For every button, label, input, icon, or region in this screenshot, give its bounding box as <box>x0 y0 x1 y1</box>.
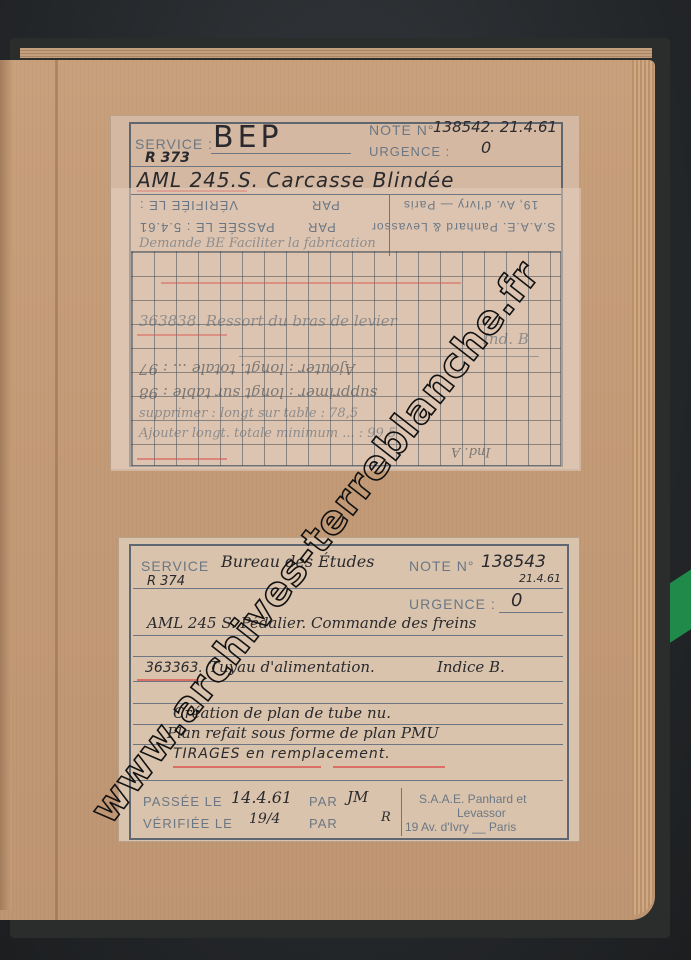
mirrored-verifiee-label: VÉRIFIÉE LE : <box>139 198 238 213</box>
urgence-label: URGENCE : <box>369 144 450 159</box>
fold-line <box>55 60 58 920</box>
reference-number: R 374 <box>147 574 185 589</box>
spine-fold <box>0 60 12 910</box>
par-signature-2: R <box>381 810 391 825</box>
passee-label: PASSÉE LE <box>143 794 223 809</box>
page-stack-edge <box>20 48 652 58</box>
par-label-2: PAR <box>309 816 338 831</box>
urgence-value: 0 <box>481 138 491 157</box>
note-body-line: TIRAGES en remplacement. <box>173 746 391 762</box>
ghost-line: 363838. Ressort du bras de levier <box>139 312 397 330</box>
company-name-2: Levassor <box>457 806 506 820</box>
verifiee-value: 19/4 <box>249 811 280 827</box>
note-date: 21.4.61 <box>519 572 561 585</box>
note-number-value: 138543 <box>481 552 546 572</box>
mirrored-company: S.A.A.E. Panhard & Levassor <box>371 220 555 234</box>
ghost-line: Ajouter longt. totale minimum ... : 99,5 <box>139 426 396 441</box>
par-label: PAR <box>309 794 338 809</box>
reference-number: R 373 <box>145 150 190 166</box>
mirrored-par-label: PAR <box>311 198 340 213</box>
mirrored-par-label-2: PAR <box>307 220 336 235</box>
part-index: Indice B. <box>437 658 505 676</box>
note-number-value: 138542. 21.4.61 <box>433 118 557 136</box>
par-signature: JM <box>347 788 368 806</box>
service-label: SERVICE <box>141 558 209 574</box>
passee-value: 14.4.61 <box>231 788 292 807</box>
note-number-label: NOTE N° <box>369 122 435 138</box>
company-name: S.A.A.E. Panhard et <box>419 792 526 806</box>
ghost-line: supprimer : longt sur table : 78,5 <box>139 406 358 421</box>
mirrored-passee-label: PASSÉE LE : 5.4.61 <box>139 220 275 235</box>
mirrored-ghost-line: supprimer : longt sur table : 98 <box>139 384 378 402</box>
service-value: BEP <box>213 120 283 155</box>
subject-line: AML 245 S. Pédalier. Commande des freins <box>147 614 476 632</box>
mirrored-address: 19, Av. d'Ivry — Paris <box>403 198 538 212</box>
mirrored-ghost-line: Ind. A <box>451 444 490 459</box>
mirrored-ghost-line: Ajouter : longt. totale ... : 97 <box>139 360 355 378</box>
note-number-label: NOTE N° <box>409 558 475 574</box>
ghost-line: Demande BE Faciliter la fabrication <box>139 236 376 251</box>
verifiee-label: VÉRIFIÉE LE <box>143 816 233 831</box>
urgence-label: URGENCE : <box>409 596 496 612</box>
page-edge <box>632 60 654 915</box>
company-address: 19 Av. d'Ivry __ Paris <box>405 820 516 834</box>
note-body-line: Plan refait sous forme de plan PMU <box>167 724 439 742</box>
urgence-value: 0 <box>511 590 522 611</box>
